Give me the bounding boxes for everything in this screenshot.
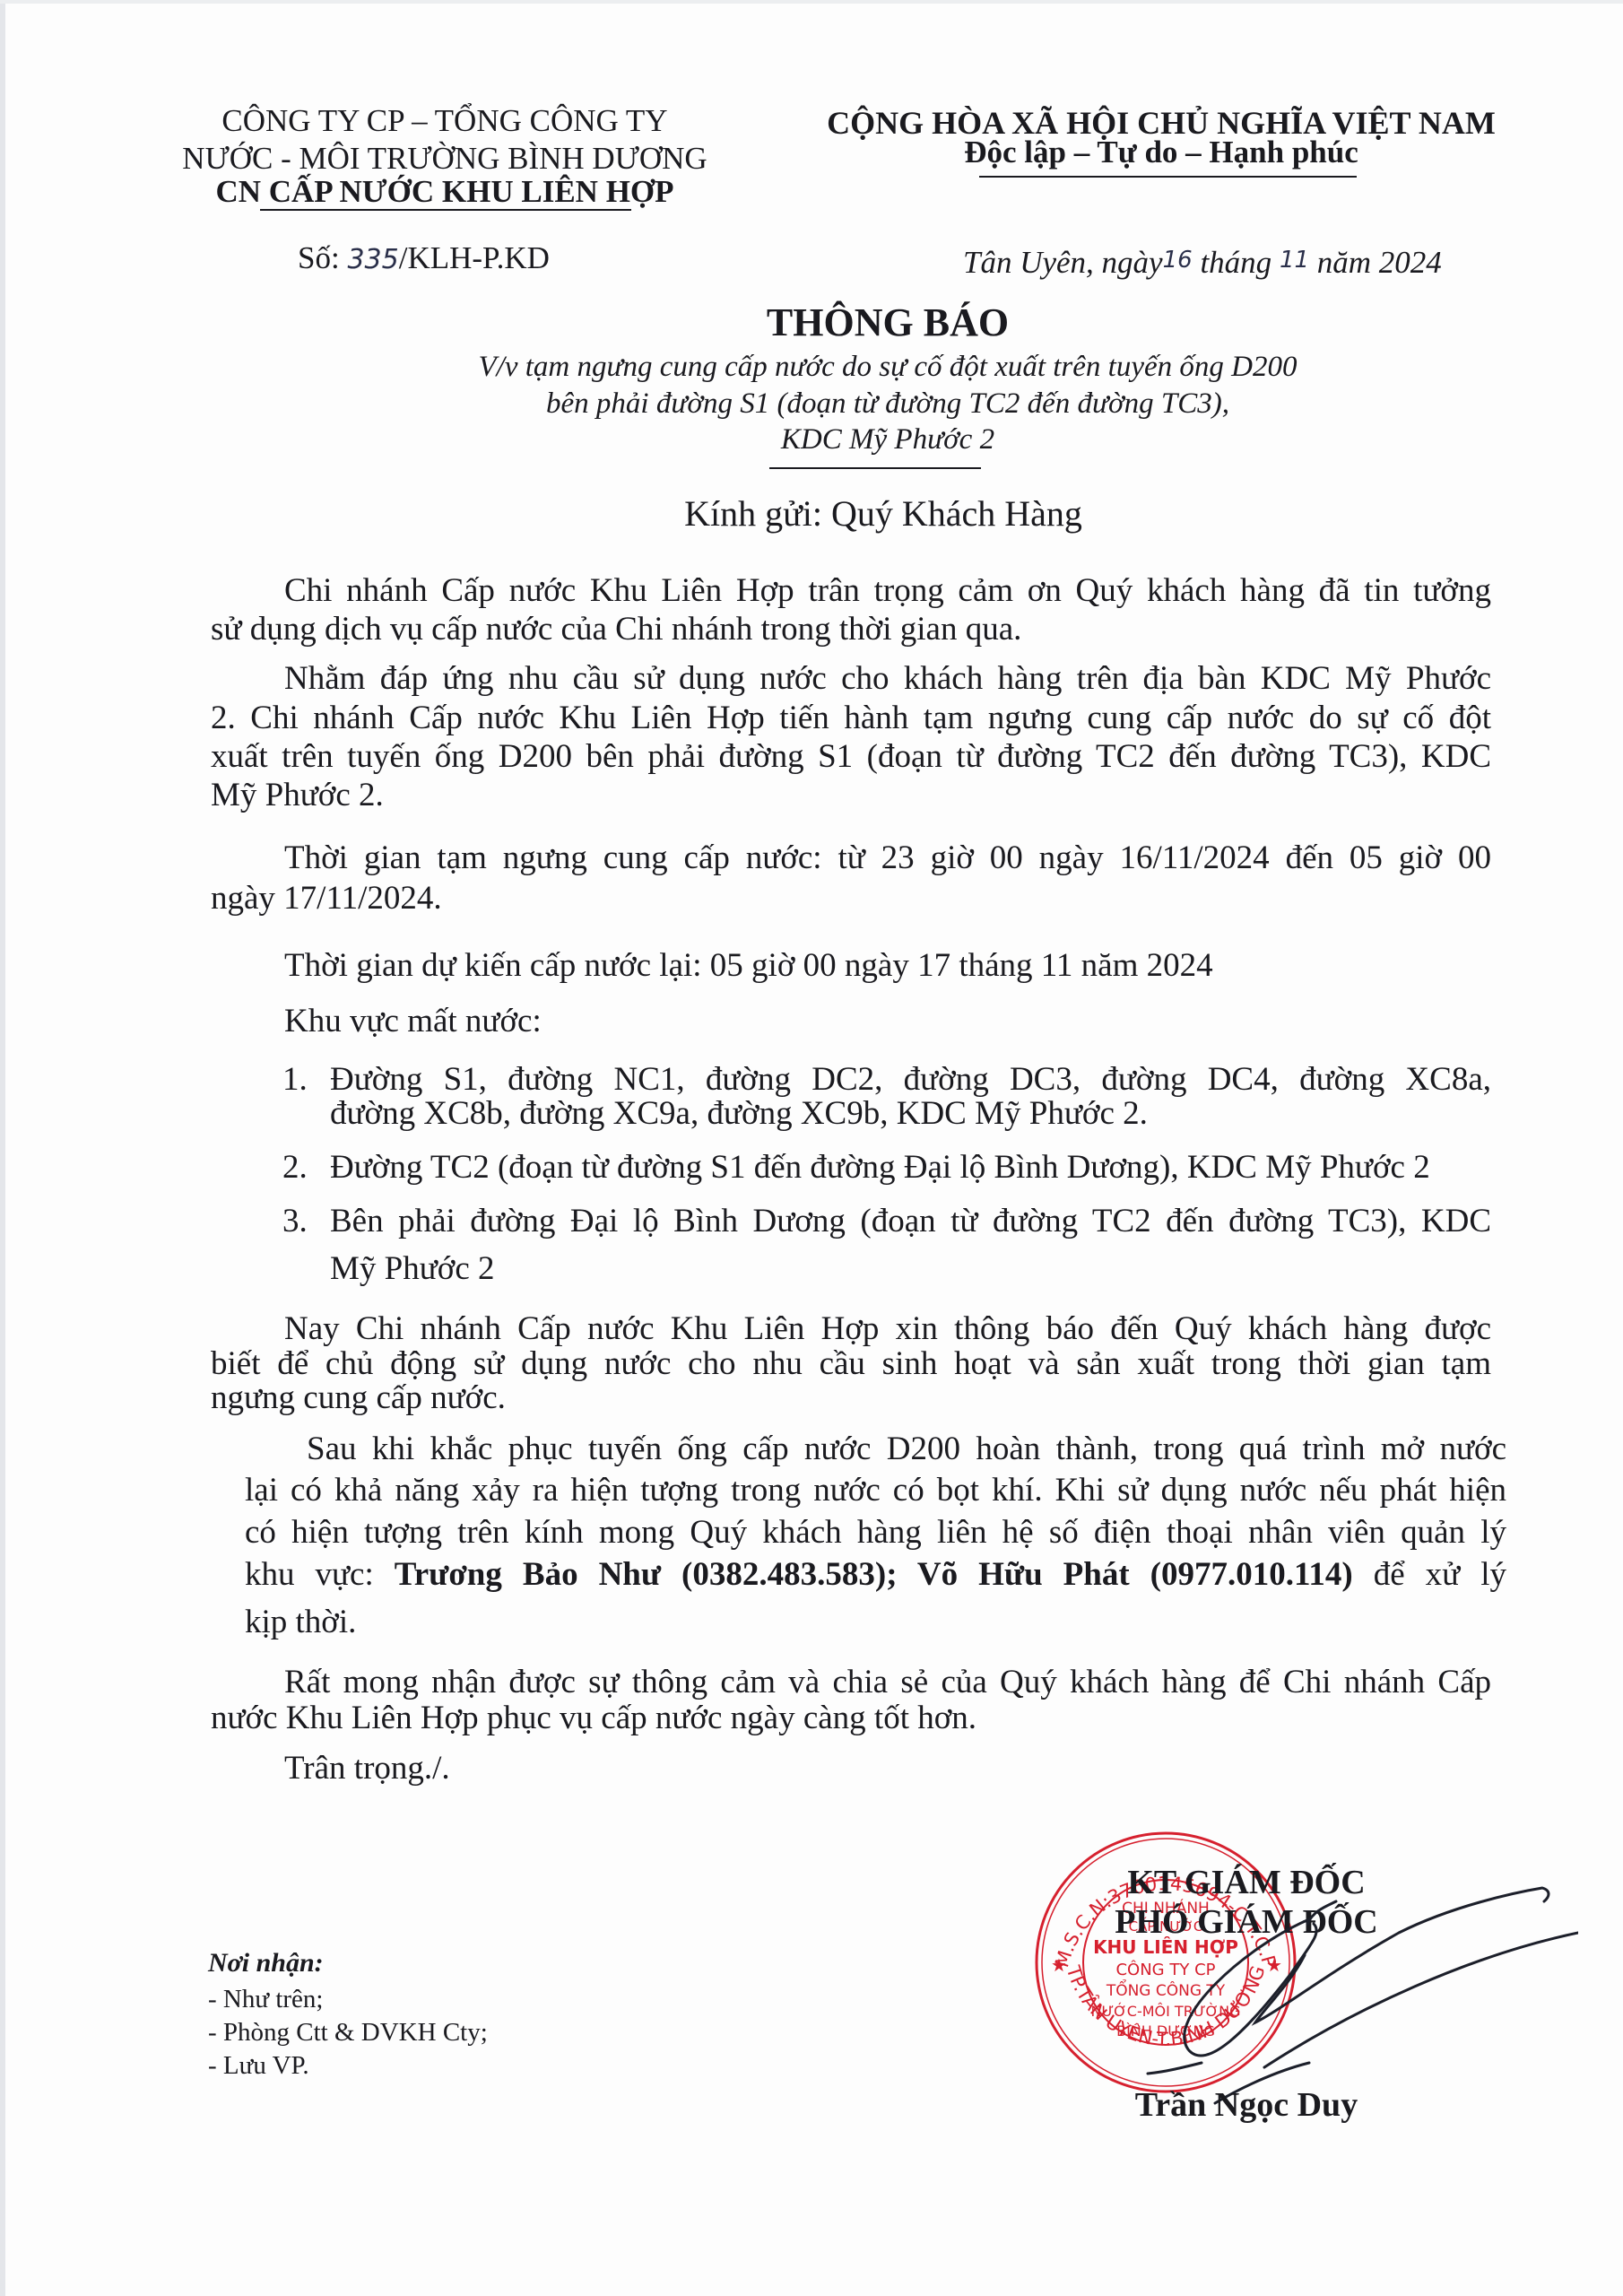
- scan-edge: [0, 0, 5, 2296]
- org-branch-name: CN CẤP NƯỚC KHU LIÊN HỢP: [170, 176, 719, 207]
- document-page: CÔNG TY CP – TỔNG CÔNG TY NƯỚC - MÔI TRƯ…: [0, 0, 1623, 2296]
- national-motto: Độc lập – Tự do – Hạnh phúc: [811, 136, 1511, 168]
- contact-separator: ;: [886, 1556, 917, 1593]
- doc-number-suffix: /KLH-P.KD: [399, 240, 550, 275]
- doc-number-handwritten: 335: [347, 244, 398, 275]
- p7-line-5: kịp thời.: [245, 1605, 356, 1639]
- p7-line-2: lại có khả năng xảy ra hiện tượng trong …: [245, 1474, 1506, 1507]
- contact-truong-bao-nhu: Trương Bảo Như (0382.483.583): [395, 1556, 886, 1593]
- subtitle-line-1: V/v tạm ngưng cung cấp nước do sự cố đột…: [430, 352, 1345, 382]
- date-place: Tân Uyên, ngày: [963, 245, 1163, 280]
- date-month-handwritten: 11: [1280, 247, 1309, 274]
- contact-vo-huu-phat: Võ Hữu Phát (0977.010.114): [917, 1556, 1353, 1593]
- area-2-number: 2.: [282, 1151, 308, 1184]
- recipient-3: - Lưu VP.: [208, 2053, 309, 2079]
- restore-time: Thời gian dự kiến cấp nước lại: 05 giờ 0…: [284, 949, 1213, 982]
- p8-line-1: Rất mong nhận được sự thông cảm và chia …: [284, 1665, 1491, 1699]
- closing: Trân trọng./.: [284, 1752, 450, 1785]
- doc-number-prefix: Số:: [298, 240, 340, 275]
- signer-name: Trần Ngọc Duy: [1067, 2088, 1426, 2122]
- signature-icon: [1130, 1848, 1578, 2117]
- p3-line-1: Thời gian tạm ngưng cung cấp nước: từ 23…: [284, 841, 1491, 874]
- area-1-line-2: đường XC8b, đường XC9a, đường XC9b, KDC …: [330, 1097, 1148, 1130]
- recipient-1: - Như trên;: [208, 1987, 323, 2013]
- area-1-line-1: Đường S1, đường NC1, đường DC2, đường DC…: [330, 1063, 1491, 1096]
- p2-line-3: xuất trên tuyến ống D200 bên phải đường …: [211, 740, 1491, 773]
- subtitle-line-3: KDC Mỹ Phước 2: [430, 425, 1345, 455]
- p1-line-1: Chi nhánh Cấp nước Khu Liên Hợp trân trọ…: [284, 574, 1491, 607]
- p2-line-1: Nhằm đáp ứng nhu cầu sử dụng nước cho kh…: [284, 662, 1491, 695]
- area-3-number: 3.: [282, 1205, 308, 1238]
- notice-title: THÔNG BÁO: [520, 303, 1255, 343]
- date-year: năm 2024: [1317, 245, 1442, 280]
- p7-line-3: có hiện tượng trên kính mong Quý khách h…: [245, 1516, 1506, 1549]
- area-2-line-1: Đường TC2 (đoạn từ đường S1 đến đường Đạ…: [330, 1151, 1430, 1184]
- scan-top-edge: [0, 0, 1623, 4]
- subtitle-underline: [769, 467, 981, 469]
- area-3-line-2: Mỹ Phước 2: [330, 1252, 495, 1285]
- org-parent-line2: NƯỚC - MÔI TRƯỜNG BÌNH DƯƠNG: [170, 143, 719, 174]
- date-line: Tân Uyên, ngày16 tháng 11 năm 2024: [963, 247, 1442, 278]
- svg-text:★: ★: [1051, 1954, 1067, 1976]
- p1-line-2: sử dụng dịch vụ cấp nước của Chi nhánh t…: [211, 613, 1021, 646]
- area-1-number: 1.: [282, 1063, 308, 1096]
- p7-line-4-prefix: khu vực:: [245, 1556, 395, 1593]
- date-day-handwritten: 16: [1163, 247, 1193, 274]
- doc-number: Số: 335/KLH-P.KD: [298, 242, 550, 274]
- p7-line-4: khu vực: Trương Bảo Như (0382.483.583); …: [245, 1558, 1506, 1591]
- p2-line-2: 2. Chi nhánh Cấp nước Khu Liên Hợp tiến …: [211, 701, 1491, 735]
- recipients-title: Nơi nhận:: [208, 1950, 324, 1977]
- p3-line-2: ngày 17/11/2024.: [211, 882, 442, 915]
- affected-areas-label: Khu vực mất nước:: [284, 1004, 542, 1038]
- p6-line-1: Nay Chi nhánh Cấp nước Khu Liên Hợp xin …: [284, 1312, 1491, 1345]
- p6-line-2: biết để chủ động sử dụng nước cho nhu cầ…: [211, 1347, 1491, 1380]
- subtitle-line-2: bên phải đường S1 (đoạn từ đường TC2 đến…: [430, 389, 1345, 419]
- p8-line-2: nước Khu Liên Hợp phục vụ cấp nước ngày …: [211, 1701, 976, 1735]
- p6-line-3: ngưng cung cấp nước.: [211, 1381, 506, 1414]
- area-3-line-1: Bên phải đường Đại lộ Bình Dương (đoạn t…: [330, 1205, 1491, 1238]
- org-underline: [260, 209, 631, 211]
- recipient-2: - Phòng Ctt & DVKH Cty;: [208, 2020, 488, 2046]
- date-month-label: tháng: [1200, 245, 1271, 280]
- motto-underline: [979, 176, 1357, 178]
- salutation: Kính gửi: Quý Khách Hàng: [538, 496, 1228, 532]
- org-parent-line1: CÔNG TY CP – TỔNG CÔNG TY: [170, 105, 719, 136]
- p7-line-4-suffix: để xử lý: [1353, 1556, 1506, 1593]
- p7-line-1: Sau khi khắc phục tuyến ống cấp nước D20…: [307, 1432, 1506, 1465]
- p2-line-4: Mỹ Phước 2.: [211, 778, 384, 812]
